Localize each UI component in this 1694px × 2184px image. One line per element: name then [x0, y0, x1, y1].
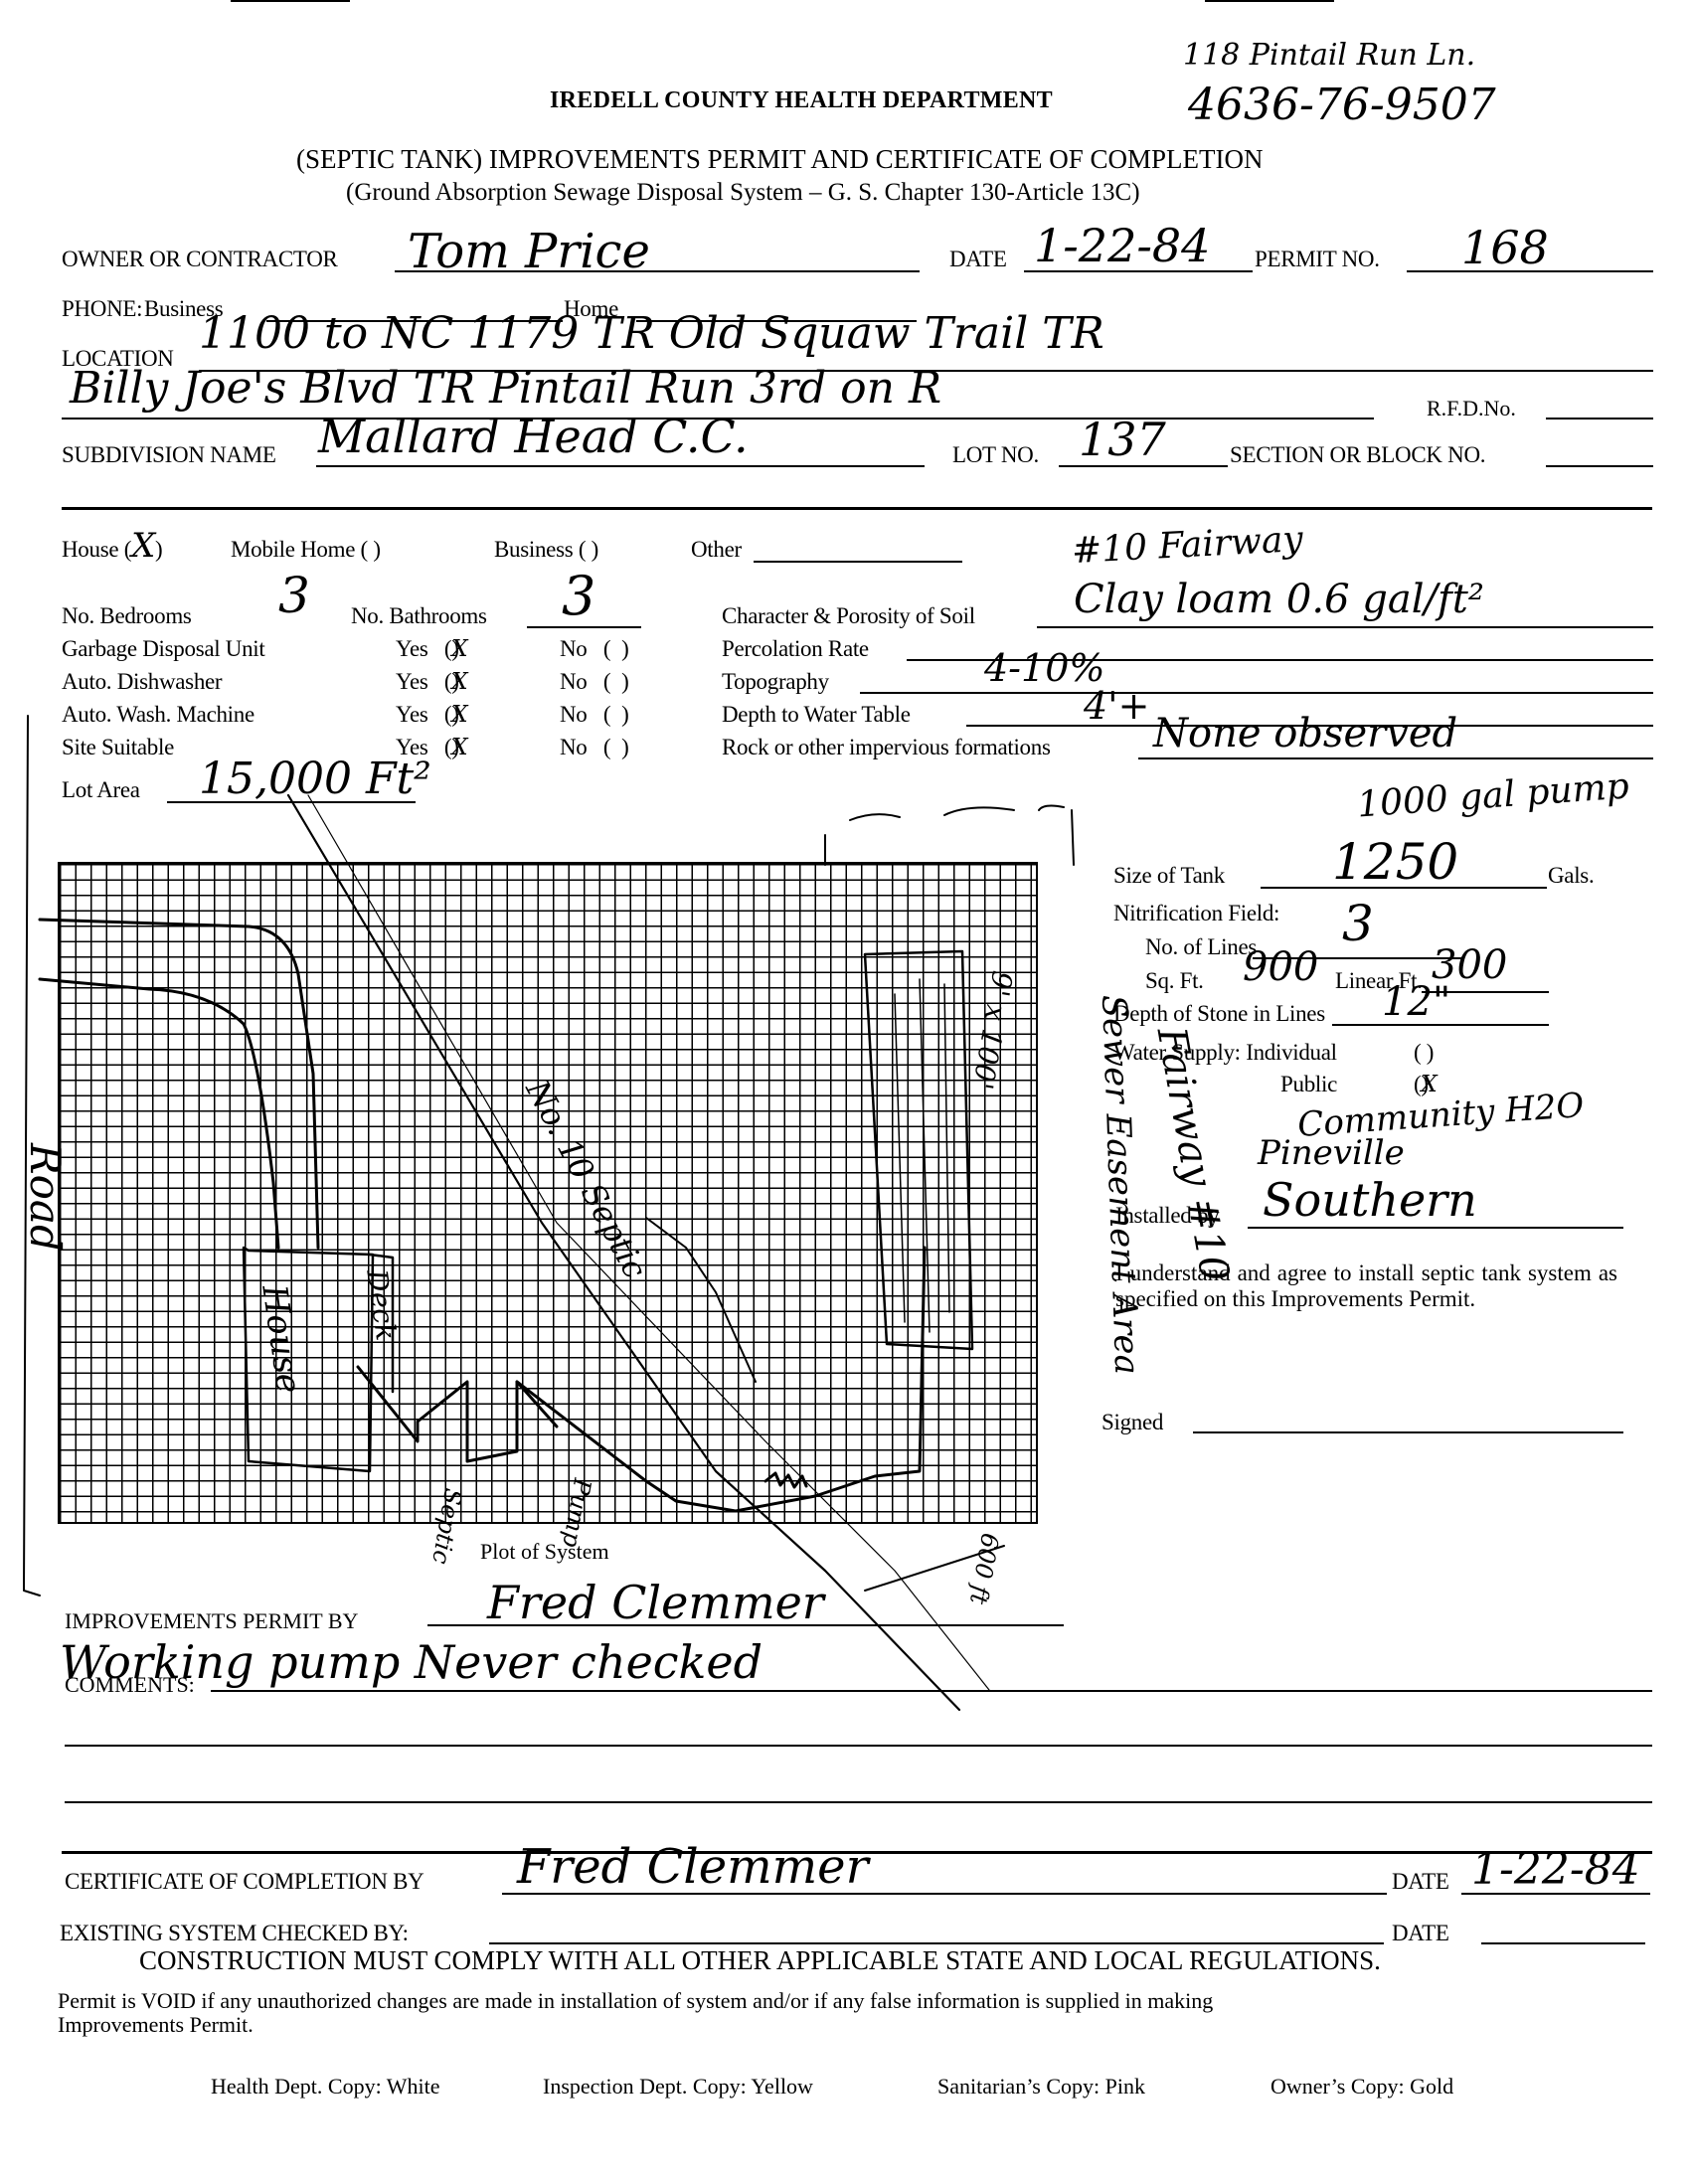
date-label: DATE: [949, 247, 1007, 272]
copy-sanitarian: Sanitarian’s Copy: Pink: [937, 2074, 1145, 2100]
plot-grid: [58, 862, 1038, 1524]
void-notice-line-1: Permit is VOID if any unauthorized chang…: [58, 1988, 1213, 2014]
handwritten-address: 118 Pintail Run Ln.: [1183, 38, 1475, 73]
tank-size-value[interactable]: 1250: [1332, 833, 1458, 891]
site-suitable-no[interactable]: No ( ): [560, 735, 628, 760]
dishwasher-label: Auto. Dishwasher: [62, 669, 222, 695]
lot-no-label: LOT NO.: [952, 442, 1039, 468]
soil-character-value[interactable]: Clay loam 0.6 gal/ft²: [1074, 577, 1484, 622]
topography-field[interactable]: [860, 692, 1653, 694]
subdivision-value[interactable]: Mallard Head C.C.: [318, 410, 749, 463]
percolation-label: Percolation Rate: [722, 636, 869, 662]
soil-character-field[interactable]: [1037, 626, 1653, 628]
comments-field-3[interactable]: [65, 1801, 1652, 1803]
water-note-town: Pineville: [1258, 1133, 1405, 1173]
lines-value[interactable]: 3: [1342, 895, 1374, 952]
sqft-field[interactable]: [1205, 0, 1334, 2]
wash-machine-label: Auto. Wash. Machine: [62, 702, 254, 728]
copy-inspection-dept: Inspection Dept. Copy: Yellow: [543, 2074, 813, 2100]
yes-mark: X: [451, 636, 467, 662]
water-table-label: Depth to Water Table: [722, 702, 911, 728]
location-value-line-1[interactable]: 1100 to NC 1179 TR Old Squaw Trail TR: [199, 308, 1104, 359]
rock-formations-field[interactable]: [1138, 757, 1653, 759]
signed-field[interactable]: [1193, 1431, 1623, 1433]
location-value-line-2[interactable]: Billy Joe's Blvd TR Pintail Run 3rd on R: [70, 363, 941, 414]
road-note: Road: [21, 1143, 70, 1252]
nitrification-label: Nitrification Field:: [1113, 901, 1279, 926]
house-checkbox[interactable]: House (X): [62, 537, 162, 563]
bathrooms-label: No. Bathrooms: [351, 603, 487, 629]
water-supply-label: Water Supply: Individual: [1113, 1040, 1337, 1066]
existing-system-field[interactable]: [489, 1942, 1384, 1944]
water-public-label: Public: [1280, 1072, 1337, 1097]
copy-owner: Owner’s Copy: Gold: [1270, 2074, 1453, 2100]
installed-by-field[interactable]: [1248, 1227, 1623, 1229]
installed-by-value[interactable]: Southern: [1263, 1173, 1477, 1227]
lot-area-label: Lot Area: [62, 777, 140, 803]
mobile-home-checkbox[interactable]: Mobile Home ( ): [231, 537, 381, 563]
plot-caption: Plot of System: [480, 1539, 609, 1565]
lot-no-value[interactable]: 137: [1079, 413, 1166, 466]
completion-date-value[interactable]: 1-22-84: [1471, 1844, 1640, 1895]
wash-machine-no[interactable]: No ( ): [560, 702, 628, 728]
no-label: No: [560, 636, 588, 661]
water-table-value[interactable]: 4'+: [1084, 684, 1149, 728]
rock-formations-label: Rock or other impervious formations: [722, 735, 1051, 760]
business-checkbox[interactable]: Business ( ): [494, 537, 598, 563]
house-label: House (: [62, 537, 131, 562]
completion-date-label: DATE: [1392, 1869, 1449, 1895]
soil-character-label: Character & Porosity of Soil: [722, 603, 975, 629]
stone-depth-label: Depth of Stone in Lines: [1113, 1001, 1325, 1027]
comments-field-1[interactable]: [211, 1690, 1652, 1692]
form-title: (SEPTIC TANK) IMPROVEMENTS PERMIT AND CE…: [296, 144, 1264, 175]
no-label: No: [560, 735, 588, 759]
garbage-disposal-yes[interactable]: Yes (X): [396, 636, 459, 662]
lines-label: No. of Lines: [1145, 934, 1257, 960]
signed-label: Signed: [1101, 1410, 1163, 1435]
other-field-line[interactable]: [754, 561, 962, 563]
yes-label: Yes: [396, 669, 428, 694]
comments-value[interactable]: Working pump Never checked: [60, 1635, 762, 1689]
water-individual-label: Individual: [1246, 1040, 1337, 1065]
garbage-disposal-no[interactable]: No ( ): [560, 636, 628, 662]
rfd-label: R.F.D.No.: [1427, 396, 1516, 421]
garbage-disposal-label: Garbage Disposal Unit: [62, 636, 265, 662]
yes-label: Yes: [396, 636, 428, 661]
copy-health-dept: Health Dept. Copy: White: [211, 2074, 440, 2100]
form-subtitle: (Ground Absorption Sewage Disposal Syste…: [346, 179, 1140, 207]
handwritten-parcel-id: 4636-76-9507: [1188, 80, 1496, 130]
house-check-mark: X: [131, 526, 155, 566]
existing-date-field[interactable]: [1481, 1942, 1645, 1944]
yes-mark: X: [451, 702, 467, 728]
completion-label: CERTIFICATE OF COMPLETION BY: [65, 1869, 423, 1895]
date-value[interactable]: 1-22-84: [1034, 219, 1210, 272]
public-check-mark: X: [1421, 1072, 1437, 1097]
section-divider: [62, 507, 1652, 510]
owner-label: OWNER OR CONTRACTOR: [62, 247, 338, 272]
tank-unit: Gals.: [1548, 863, 1594, 889]
permit-no-value[interactable]: 168: [1461, 221, 1549, 274]
site-suitable-label: Site Suitable: [62, 735, 174, 760]
sqft-label: Sq. Ft.: [1145, 968, 1204, 994]
void-notice-line-2: Improvements Permit.: [58, 2012, 254, 2038]
no-label: No: [560, 669, 588, 694]
other-label: Other: [691, 537, 742, 563]
yes-mark: X: [451, 735, 467, 760]
yes-label: Yes: [396, 702, 428, 727]
subdivision-label: SUBDIVISION NAME: [62, 442, 276, 468]
rock-formations-value[interactable]: None observed: [1153, 711, 1457, 756]
dishwasher-yes[interactable]: Yes (X): [396, 669, 459, 695]
sqft-value[interactable]: 900: [1243, 944, 1318, 990]
wash-machine-yes[interactable]: Yes (X): [396, 702, 459, 728]
yes-mark: X: [451, 669, 467, 695]
dishwasher-no[interactable]: No ( ): [560, 669, 628, 695]
existing-date-label: DATE: [1392, 1921, 1449, 1946]
pump-note: 1000 gal pump: [1356, 765, 1630, 825]
water-individual-checkbox[interactable]: ( ): [1414, 1040, 1434, 1066]
comments-field-2[interactable]: [65, 1745, 1652, 1747]
house-label-close: ): [155, 537, 162, 562]
completion-value[interactable]: Fred Clemmer: [517, 1839, 869, 1895]
owner-value[interactable]: Tom Price: [408, 224, 650, 279]
bedrooms-value[interactable]: 3: [278, 567, 310, 624]
existing-system-label: EXISTING SYSTEM CHECKED BY:: [60, 1921, 409, 1946]
permit-by-value[interactable]: Fred Clemmer: [487, 1576, 824, 1629]
stone-depth-value[interactable]: 12": [1382, 979, 1450, 1025]
compliance-notice: CONSTRUCTION MUST COMPLY WITH ALL OTHER …: [139, 1945, 1381, 1976]
water-public-checkbox[interactable]: (X): [1414, 1072, 1429, 1097]
subdivision-field-line[interactable]: [316, 465, 925, 467]
permit-no-label: PERMIT NO.: [1255, 247, 1380, 272]
section-field-line[interactable]: [1546, 465, 1653, 467]
department-name: IREDELL COUNTY HEALTH DEPARTMENT: [550, 87, 1053, 114]
bathrooms-value[interactable]: 3: [562, 565, 595, 627]
topography-label: Topography: [722, 669, 829, 695]
no-label: No: [560, 702, 588, 727]
phone-label: PHONE:: [62, 296, 142, 322]
permit-by-label: IMPROVEMENTS PERMIT BY: [65, 1608, 358, 1634]
bedrooms-field-line[interactable]: [231, 0, 350, 2]
bedrooms-label: No. Bedrooms: [62, 603, 192, 629]
lot-area-value[interactable]: 15,000 Ft²: [199, 754, 431, 804]
rfd-field-line[interactable]: [1546, 418, 1653, 420]
tank-size-label: Size of Tank: [1113, 863, 1225, 889]
other-value[interactable]: #10 Fairway: [1071, 519, 1304, 572]
plot-label-distance: 600 ft: [964, 1531, 1004, 1606]
section-label: SECTION OR BLOCK NO.: [1230, 442, 1485, 468]
